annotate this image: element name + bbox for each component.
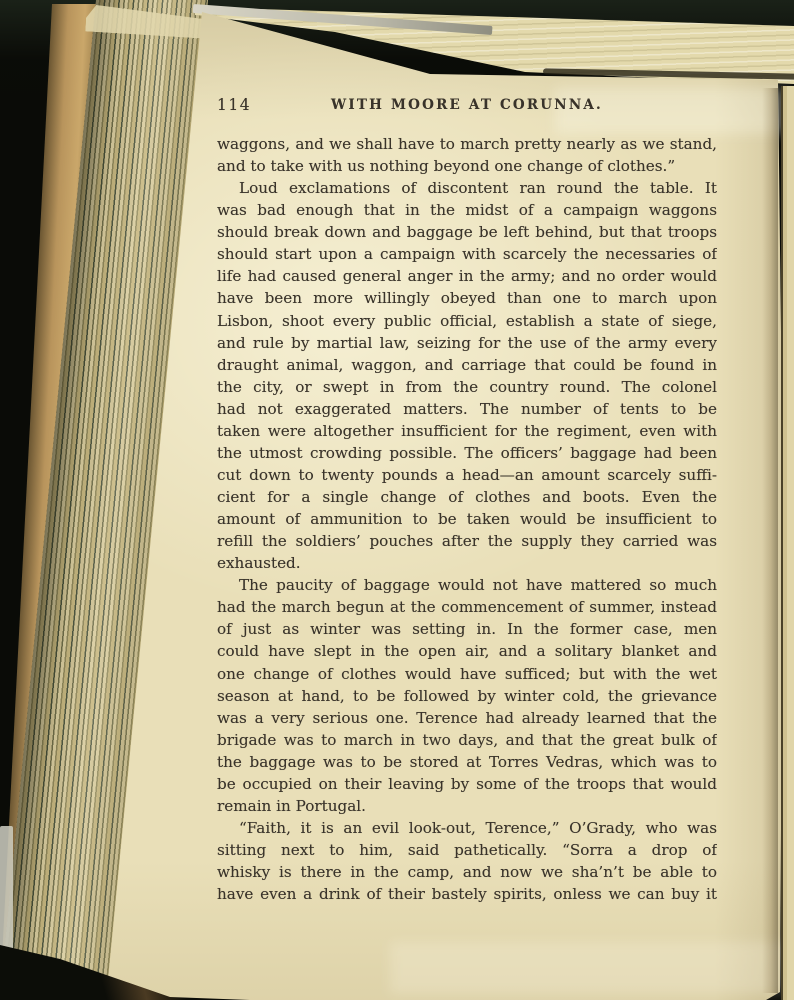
scan-light-band	[390, 942, 790, 994]
text-line: should start upon a campaign with scarce…	[217, 243, 717, 265]
page-edge-crease	[762, 88, 778, 993]
text-line: waggons, and we shall have to march pret…	[217, 133, 717, 155]
text-line: was bad enough that in the midst of a ca…	[217, 199, 717, 221]
text-line: whisky is there in the camp, and now we …	[217, 861, 717, 883]
page-header: 114 WITH MOORE AT CORUNNA.	[217, 96, 717, 118]
text-line: the utmost crowding possible. The office…	[217, 442, 717, 464]
text-line: life had caused general anger in the arm…	[217, 265, 717, 287]
text-line: of just as winter was setting in. In the…	[217, 618, 717, 640]
text-line: remain in Portugal.	[217, 795, 717, 817]
text-line: be occupied on their leaving by some of …	[217, 773, 717, 795]
text-line: season at hand, to be followed by winter…	[217, 685, 717, 707]
text-line: Loud exclamations of discontent ran roun…	[217, 177, 717, 199]
paragraph: The paucity of baggage would not have ma…	[217, 574, 717, 817]
text-line: had not exaggerated matters. The number …	[217, 398, 717, 420]
text-line: exhausted.	[217, 552, 717, 574]
text-line: and rule by martial law, seizing for the…	[217, 332, 717, 354]
text-line: refill the soldiers’ pouches after the s…	[217, 530, 717, 552]
text-line: the city, or swept in from the country r…	[217, 376, 717, 398]
text-line: brigade was to march in two days, and th…	[217, 729, 717, 751]
text-line: sitting next to him, said pathetically. …	[217, 839, 717, 861]
text-line: Lisbon, shoot every public official, est…	[217, 310, 717, 332]
paragraph: waggons, and we shall have to march pret…	[217, 133, 717, 177]
text-line: cient for a single change of clothes and…	[217, 486, 717, 508]
text-line: draught animal, waggon, and carriage tha…	[217, 354, 717, 376]
text-line: the baggage was to be stored at Torres V…	[217, 751, 717, 773]
text-line: “Faith, it is an evil look-out, Terence,…	[217, 817, 717, 839]
text-line: one change of clothes would have suffice…	[217, 663, 717, 685]
text-line: taken were altogether insufficient for t…	[217, 420, 717, 442]
text-block: waggons, and we shall have to march pret…	[217, 133, 717, 905]
running-title: WITH MOORE AT CORUNNA.	[217, 97, 717, 113]
text-line: could have slept in the open air, and a …	[217, 640, 717, 662]
text-line: amount of ammunition to be taken would b…	[217, 508, 717, 530]
text-line: have even a drink of their bastely spiri…	[217, 883, 717, 905]
paragraph: Loud exclamations of discontent ran roun…	[217, 177, 717, 574]
text-line: The paucity of baggage would not have ma…	[217, 574, 717, 596]
text-line: had the march begun at the commencement …	[217, 596, 717, 618]
text-line: cut down to twenty pounds a head—an amou…	[217, 464, 717, 486]
paragraph: “Faith, it is an evil look-out, Terence,…	[217, 817, 717, 905]
scanned-book-photo: 114 WITH MOORE AT CORUNNA. waggons, and …	[0, 0, 794, 1000]
text-line: and to take with us nothing beyond one c…	[217, 155, 717, 177]
adjacent-page-edge	[781, 86, 794, 1000]
text-line: was a very serious one. Terence had alre…	[217, 707, 717, 729]
text-line: have been more willingly obeyed than one…	[217, 287, 717, 309]
text-line: should break down and baggage be left be…	[217, 221, 717, 243]
